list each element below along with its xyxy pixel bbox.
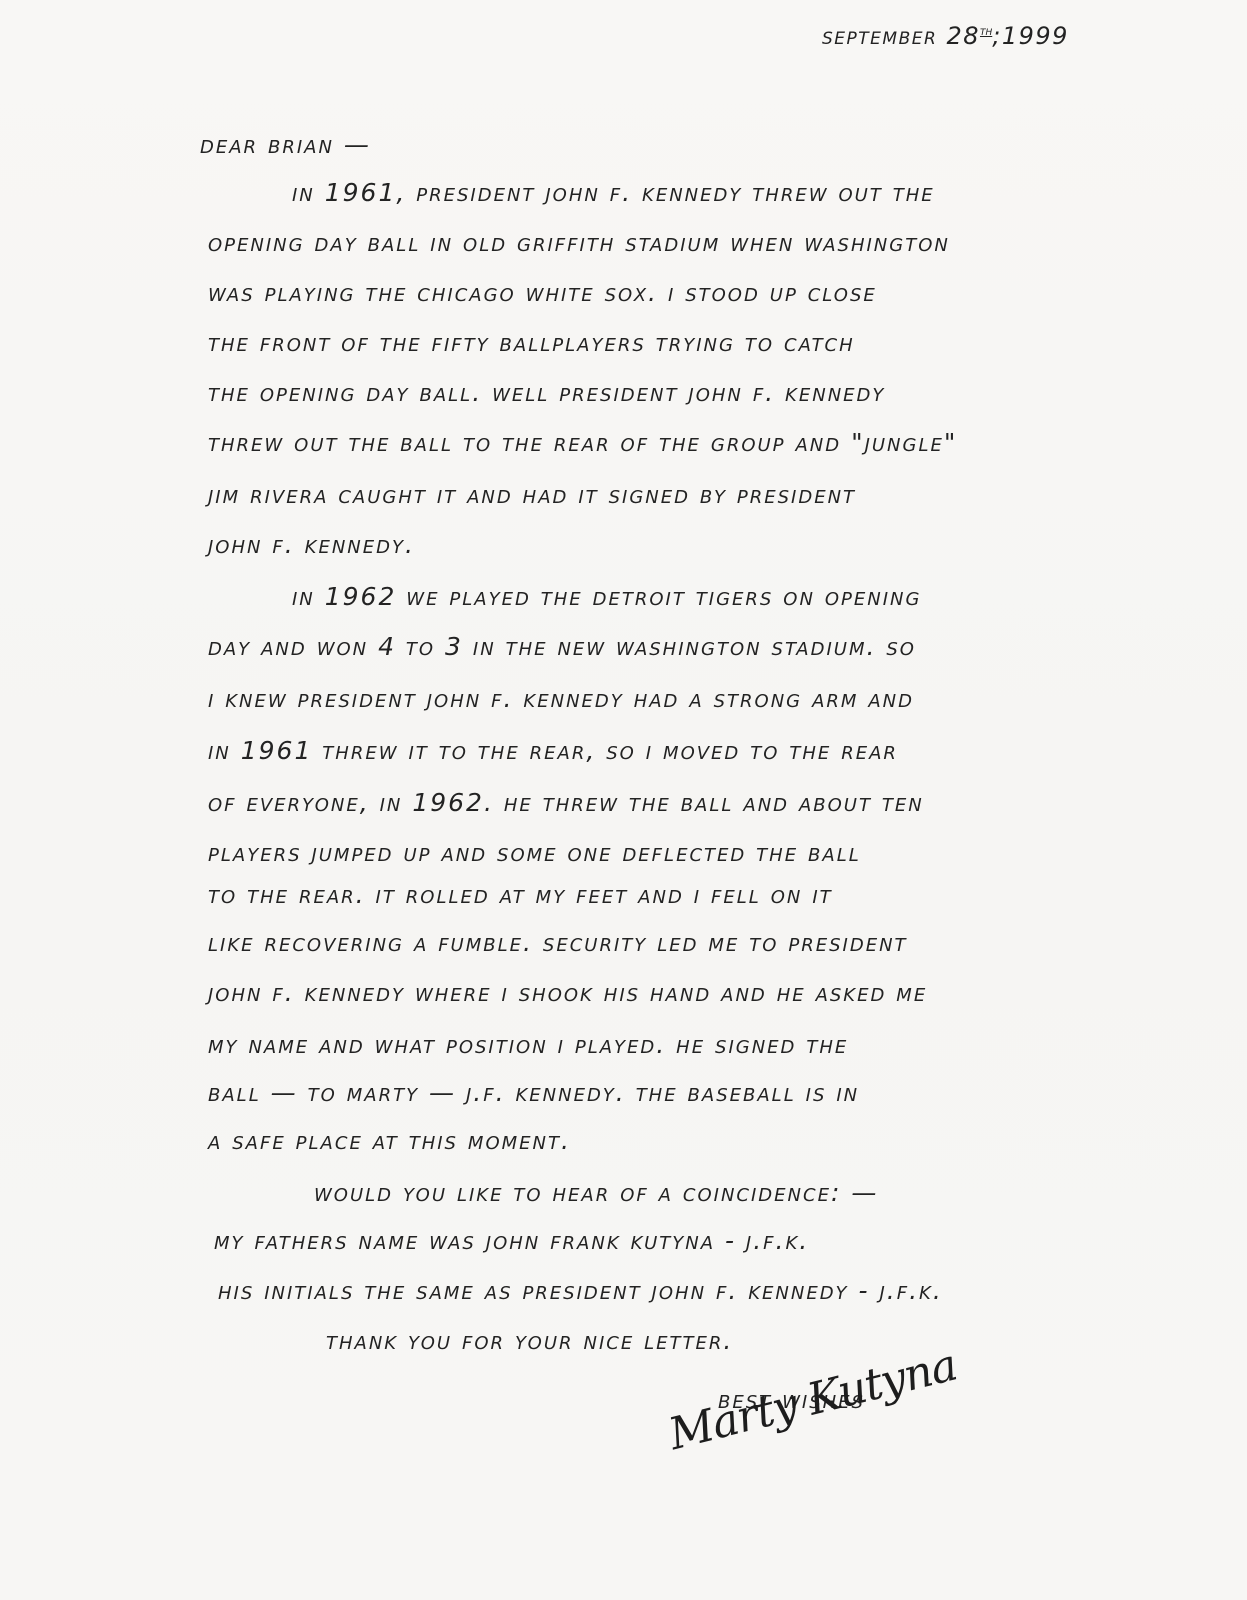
body-line: His initials the same as President John … [218,1276,943,1305]
body-line: in 1961 threw it to the rear, so I moved… [208,736,898,765]
body-line: of everyone, in 1962. He threw the ball … [208,788,924,817]
body-line: the opening day ball. Well President Joh… [208,378,885,407]
salutation: Dear Brian — [200,130,371,159]
body-line: my name and what position I played. He s… [208,1030,848,1059]
date-month: September [822,22,937,50]
body-line: day and won 4 to 3 in the new Washington… [208,632,916,661]
body-line: John F. Kennedy. [208,530,415,559]
body-line: I knew President John F. Kennedy had a s… [208,684,914,713]
date-day-suffix: th [980,24,992,39]
body-line: Would you like to hear of a coincidence:… [314,1178,878,1207]
body-line: Jim Rivera caught it and had it signed b… [208,480,856,509]
body-line: like recovering a fumble. Security led m… [208,928,908,957]
letter-date: September 28th;1999 [822,22,1069,50]
body-line: In 1962 we played the Detroit Tigers on … [292,582,921,611]
body-line: ball — To Marty — J.F. Kennedy. The base… [208,1078,859,1107]
body-line: opening day ball in old Griffith Stadium… [208,228,950,257]
body-line: threw out the ball to the rear of the gr… [208,428,957,457]
body-line: Thank you for your nice letter. [326,1326,733,1355]
body-line: a safe place at this moment. [208,1126,571,1155]
body-line: the front of the fifty ballplayers tryin… [208,328,855,357]
body-line: My fathers name was John Frank Kutyna - … [214,1226,809,1255]
date-year: ;1999 [992,22,1069,50]
body-line: John F. Kennedy where I shook his hand a… [208,978,927,1007]
body-line: to the rear. It rolled at my feet and I … [208,880,833,909]
body-line: was playing the Chicago White Sox. I sto… [208,278,877,307]
body-line: players jumped up and some one deflected… [208,838,861,867]
date-day: 28 [946,22,980,50]
body-line: In 1961, President John F. Kennedy threw… [292,178,935,207]
